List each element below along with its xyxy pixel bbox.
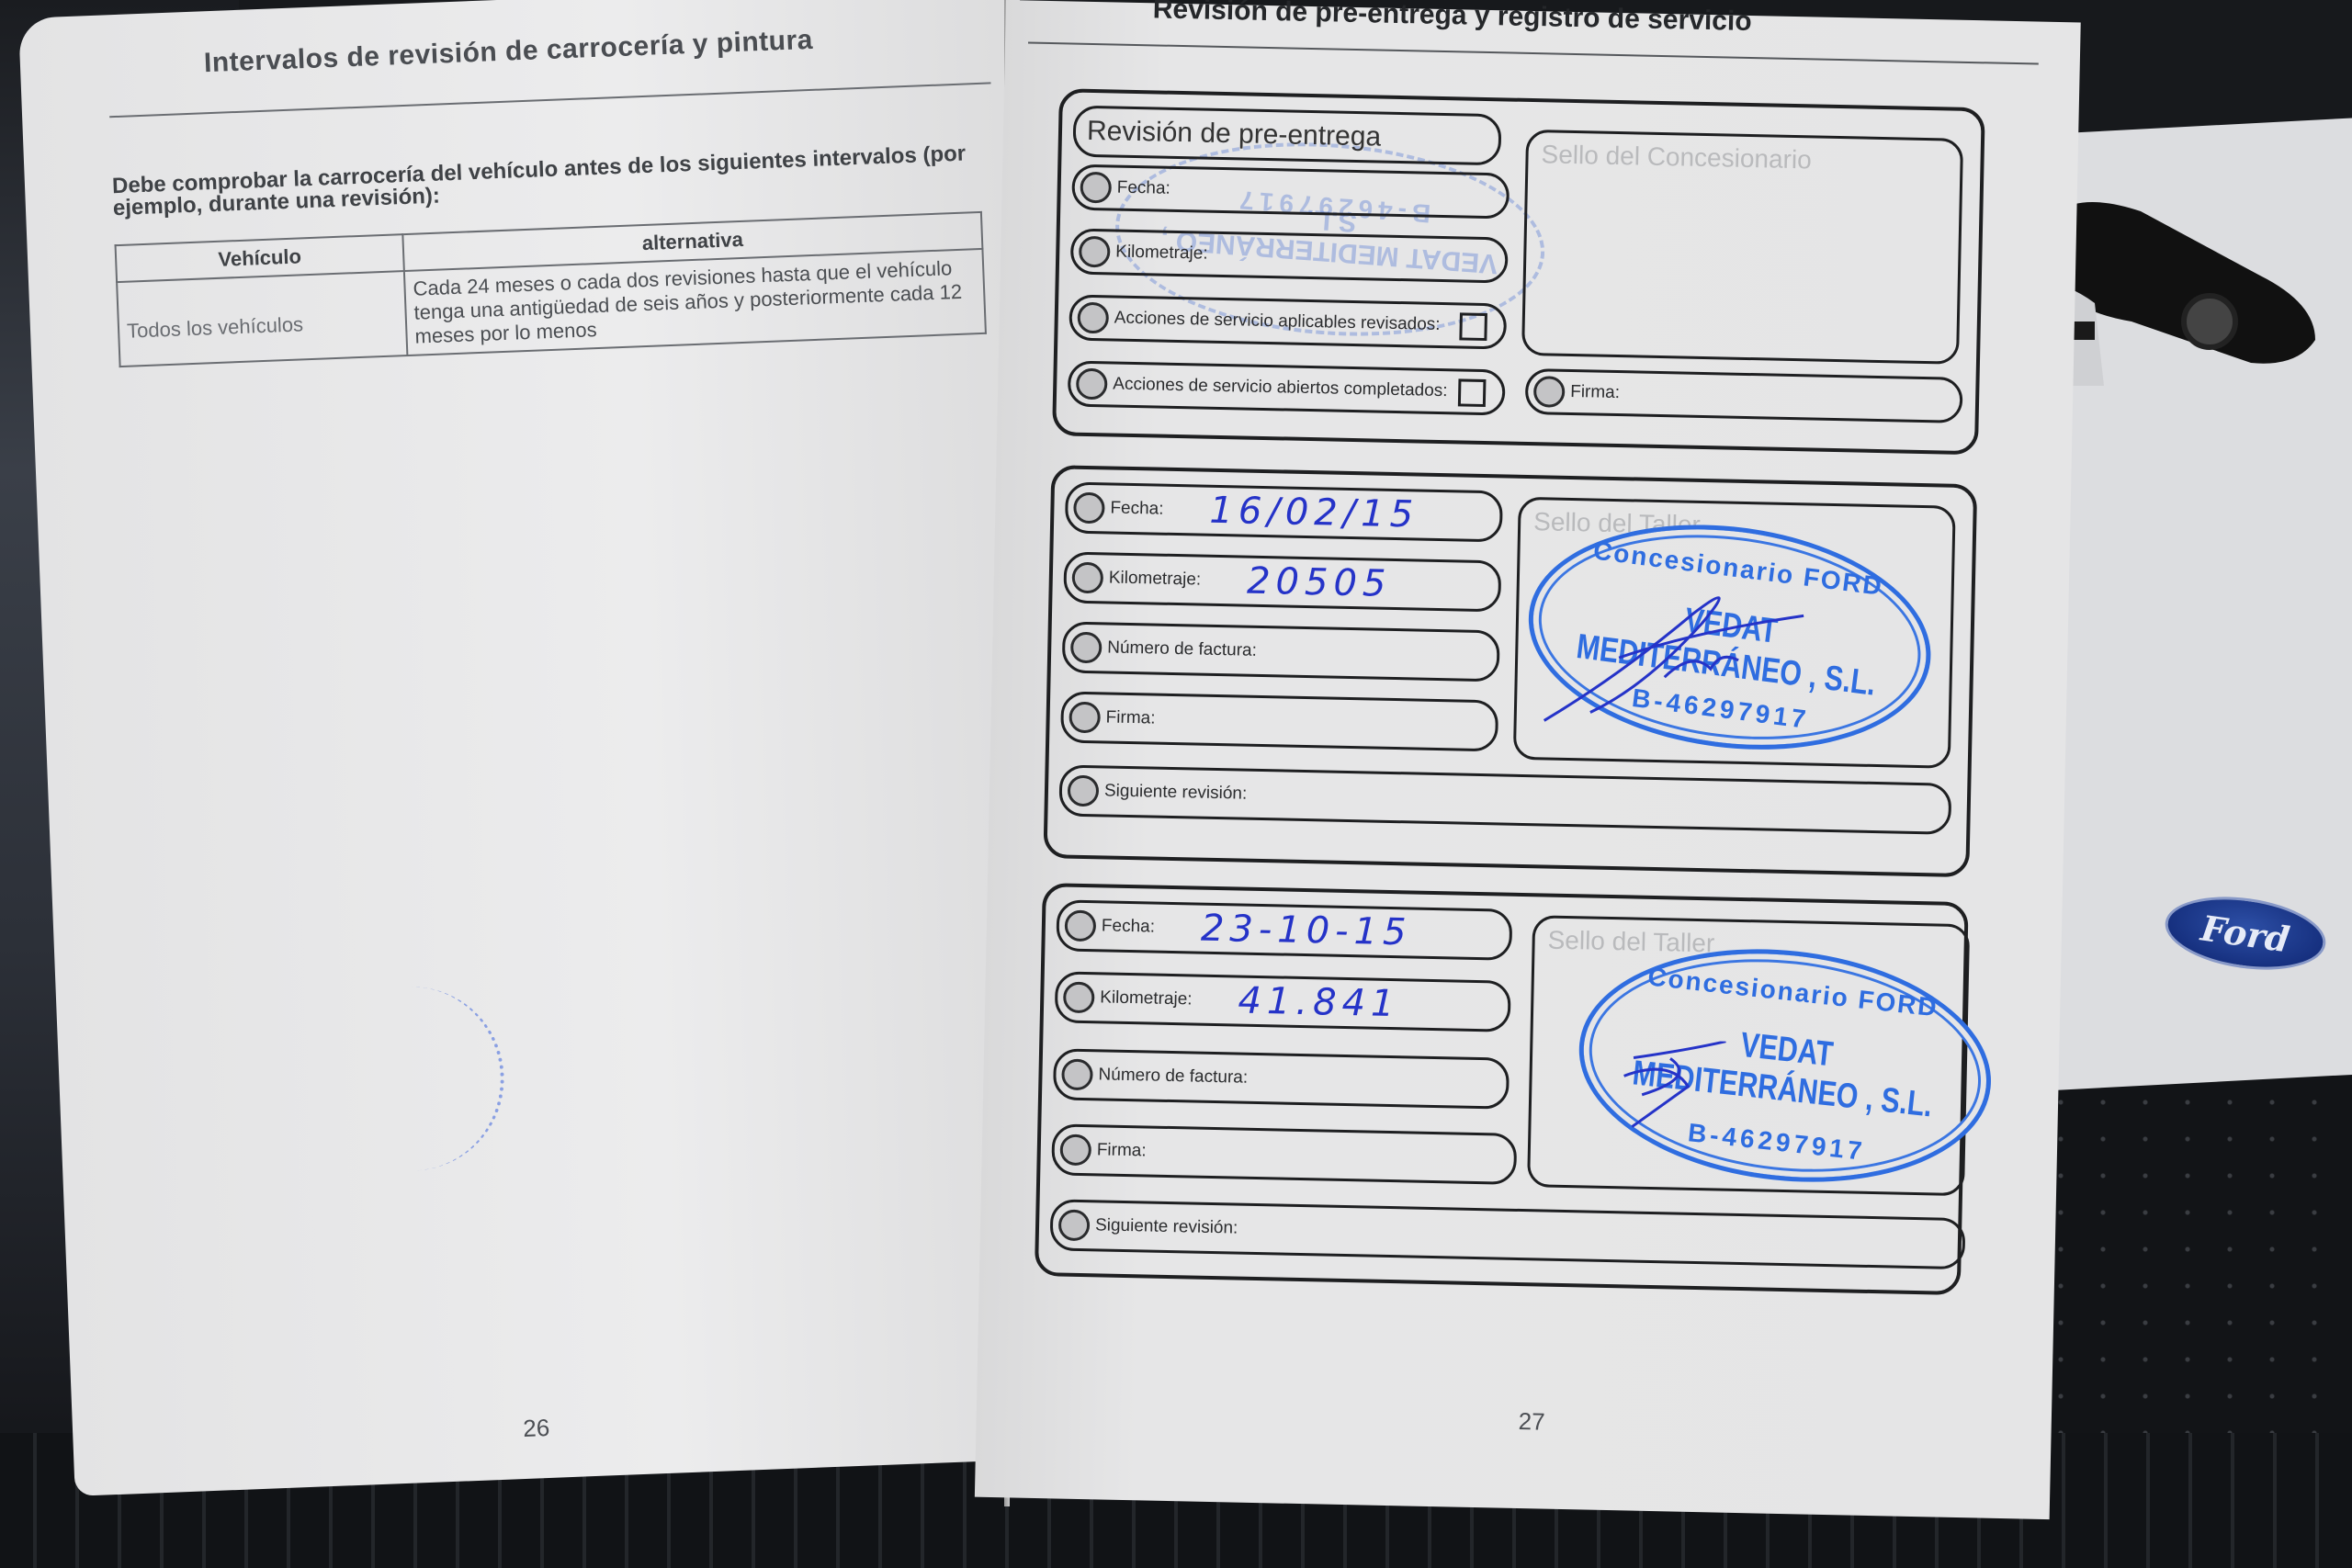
radio-circle-icon[interactable] <box>1063 982 1095 1014</box>
radio-circle-icon[interactable] <box>1059 1134 1091 1167</box>
field-next-service[interactable]: Siguiente revisión: <box>1058 764 1951 834</box>
radio-circle-icon[interactable] <box>1070 632 1102 664</box>
right-page-title: Revisión de pre-entrega y registro de se… <box>1152 0 1751 38</box>
pre-delivery-section: VEDAT MEDITERRÁNEO , S.L. B-46297917 Rev… <box>1052 88 1985 455</box>
field-mileage[interactable]: Kilometraje: <box>1070 229 1509 284</box>
faint-stamp-mark <box>396 984 508 1171</box>
pre-delivery-heading: Revisión de pre-entrega <box>1072 106 1501 166</box>
title-divider <box>109 82 990 118</box>
inspection-interval-table: Vehículo alternativa Todos los vehículos… <box>115 211 987 367</box>
field-signature[interactable]: Firma: <box>1051 1123 1517 1185</box>
field-invoice-number[interactable]: Número de factura: <box>1062 621 1500 682</box>
checkbox-completed[interactable] <box>1458 378 1487 407</box>
field-service-actions-reviewed[interactable]: Acciones de servicio aplicables revisado… <box>1069 295 1507 350</box>
handwritten-mileage: 20505 <box>1247 560 1392 605</box>
radio-circle-icon[interactable] <box>1076 368 1108 400</box>
field-date[interactable]: Fecha: 23-10-15 <box>1056 899 1512 960</box>
page-number-left: 26 <box>523 1414 550 1443</box>
page-number-right: 27 <box>1518 1407 1545 1437</box>
field-signature[interactable]: Firma: <box>1060 691 1498 751</box>
radio-circle-icon[interactable] <box>1065 910 1097 942</box>
handwritten-mileage: 41.841 <box>1238 980 1400 1026</box>
signature-scribble <box>1534 573 1813 735</box>
handwritten-date: 16/02/15 <box>1209 490 1419 536</box>
radio-circle-icon[interactable] <box>1073 492 1105 525</box>
workshop-stamp-box: Sello del Taller Concesionario FORD VEDA… <box>1527 915 1970 1196</box>
field-mileage[interactable]: Kilometraje: 41.841 <box>1055 971 1511 1032</box>
dealer-stamp-box: Sello del Concesionario <box>1521 130 1963 365</box>
field-invoice-number[interactable]: Número de factura: <box>1053 1048 1510 1109</box>
right-page: Revisión de pre-entrega y registro de se… <box>975 0 2081 1519</box>
field-next-service[interactable]: Siguiente revisión: <box>1050 1199 1966 1269</box>
title-divider <box>1028 42 2039 65</box>
radio-circle-icon[interactable] <box>1068 775 1100 807</box>
intro-text: Debe comprobar la carrocería del vehícul… <box>112 141 1013 220</box>
service-record-2: Fecha: 23-10-15 Kilometraje: 41.841 Núme… <box>1035 883 1969 1295</box>
radio-circle-icon[interactable] <box>1533 376 1566 408</box>
radio-circle-icon[interactable] <box>1061 1059 1093 1091</box>
cell-vehicle: Todos los vehículos <box>117 271 407 367</box>
radio-circle-icon[interactable] <box>1071 562 1103 594</box>
radio-circle-icon[interactable] <box>1080 172 1112 204</box>
field-date[interactable]: Fecha: 16/02/15 <box>1065 481 1503 542</box>
field-open-actions-completed[interactable]: Acciones de servicio abiertos completado… <box>1068 361 1506 416</box>
left-page: Intervalos de revisión de carrocería y p… <box>18 0 1076 1496</box>
service-record-1: Fecha: 16/02/15 Kilometraje: 20505 Númer… <box>1043 465 1977 877</box>
workshop-stamp-box: Sello del Taller Concesionario FORD VEDA… <box>1513 497 1956 769</box>
radio-circle-icon[interactable] <box>1058 1209 1091 1241</box>
radio-circle-icon[interactable] <box>1079 236 1111 268</box>
handwritten-date: 23-10-15 <box>1200 908 1411 954</box>
left-page-title: Intervalos de revisión de carrocería y p… <box>203 25 813 79</box>
field-date[interactable]: Fecha: <box>1071 164 1510 220</box>
field-signature[interactable]: Firma: <box>1525 368 1963 423</box>
radio-circle-icon[interactable] <box>1077 302 1109 334</box>
radio-circle-icon[interactable] <box>1069 702 1101 734</box>
field-mileage[interactable]: Kilometraje: 20505 <box>1063 551 1501 612</box>
signature-scribble <box>1613 1039 1744 1134</box>
checkbox-reviewed[interactable] <box>1459 312 1487 341</box>
